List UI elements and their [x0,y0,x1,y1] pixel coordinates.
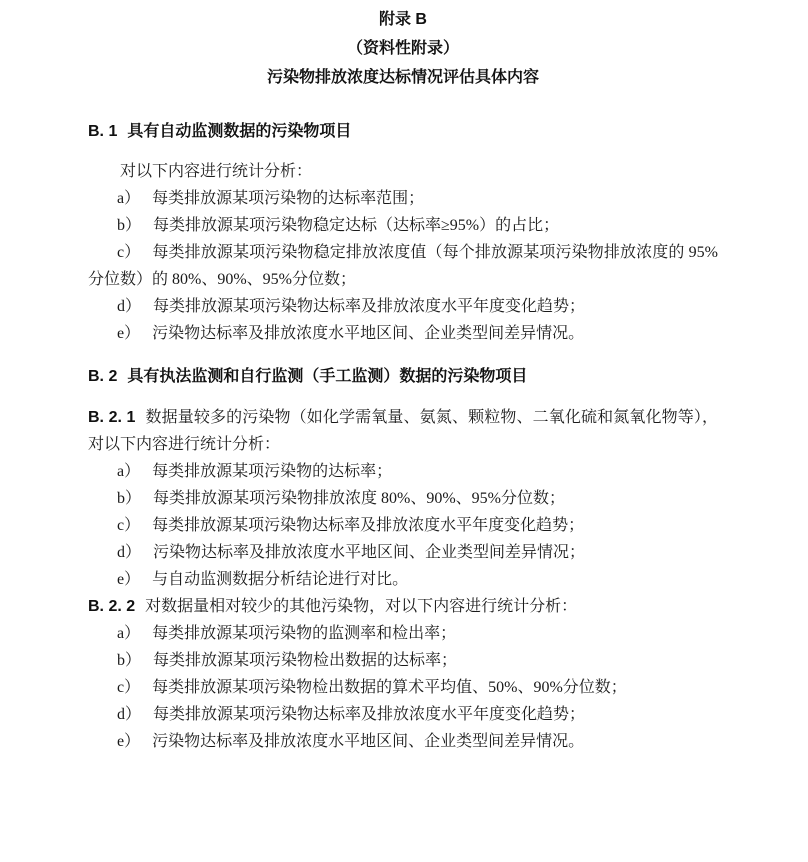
item-text: 每类排放源某项污染物达标率及排放浓度水平年度变化趋势； [153,298,585,315]
clause-b21-lead: B. 2. 1数据量较多的污染物（如化学需氧量、氨氮、颗粒物、二氧化硫和氮氧化物… [88,404,718,458]
item-text: 污染物达标率及排放浓度水平地区间、企业类型间差异情况。 [152,325,584,342]
item-label: a） [117,463,152,480]
item-text: 每类排放源某项污染物的达标率； [152,463,392,480]
section-b1-heading: B. 1具有自动监测数据的污染物项目 [88,118,718,145]
list-item-b22-c: c）每类排放源某项污染物检出数据的算术平均值、50%、90%分位数； [88,674,718,701]
item-label: c） [117,679,152,696]
list-item-b21-d: d）污染物达标率及排放浓度水平地区间、企业类型间差异情况； [88,539,718,566]
item-text: 每类排放源某项污染物检出数据的达标率； [153,652,457,669]
item-label: c） [117,517,152,534]
section-b1-intro: 对以下内容进行统计分析： [88,158,718,185]
item-label: e） [117,325,152,342]
item-label: a） [117,625,152,642]
item-text: 每类排放源某项污染物达标率及排放浓度水平年度变化趋势； [152,517,584,534]
item-text: 每类排放源某项污染物稳定达标（达标率≥95%）的占比； [153,217,559,234]
section-b2-title: 具有执法监测和自行监测（手工监测）数据的污染物项目 [127,368,527,385]
list-item-b21-c: c）每类排放源某项污染物达标率及排放浓度水平年度变化趋势； [88,512,718,539]
list-item-b22-b: b）每类排放源某项污染物检出数据的达标率； [88,647,718,674]
list-item-b21-a: a）每类排放源某项污染物的达标率； [88,458,718,485]
document-page: 附录 B （资料性附录） 污染物排放浓度达标情况评估具体内容 B. 1具有自动监… [0,0,808,862]
clause-b22-lead: B. 2. 2对数据量相对较少的其他污染物，对以下内容进行统计分析： [88,593,718,620]
list-item-b21-e: e）与自动监测数据分析结论进行对比。 [88,566,718,593]
item-text: 每类排放源某项污染物稳定排放浓度值（每个排放源某项污染物排放浓度的 95%分位数… [88,244,718,288]
clause-b22-number: B. 2. 2 [88,598,135,615]
section-b1-number: B. 1 [88,123,117,140]
item-text: 每类排放源某项污染物的达标率范围； [152,190,424,207]
item-text: 污染物达标率及排放浓度水平地区间、企业类型间差异情况； [153,544,585,561]
list-item-b1-d: d）每类排放源某项污染物达标率及排放浓度水平年度变化趋势； [88,293,718,320]
item-text: 污染物达标率及排放浓度水平地区间、企业类型间差异情况。 [152,733,584,750]
list-item-b22-e: e）污染物达标率及排放浓度水平地区间、企业类型间差异情况。 [88,728,718,755]
item-label: a） [117,190,152,207]
item-label: d） [117,544,153,561]
item-label: b） [117,217,153,234]
section-b2-heading: B. 2具有执法监测和自行监测（手工监测）数据的污染物项目 [88,363,718,390]
list-item-b22-a: a）每类排放源某项污染物的监测率和检出率； [88,620,718,647]
item-text: 与自动监测数据分析结论进行对比。 [152,571,408,588]
item-label: e） [117,733,152,750]
appendix-label: 附录 B [88,5,718,34]
item-text: 每类排放源某项污染物达标率及排放浓度水平年度变化趋势； [153,706,585,723]
list-item-b1-a: a）每类排放源某项污染物的达标率范围； [88,185,718,212]
clause-b22-text: 对数据量相对较少的其他污染物，对以下内容进行统计分析： [145,598,577,615]
item-label: c） [117,244,152,261]
list-item-b1-b: b）每类排放源某项污染物稳定达标（达标率≥95%）的占比； [88,212,718,239]
clause-b21-text: 数据量较多的污染物（如化学需氧量、氨氮、颗粒物、二氧化硫和氮氧化物等），对以下内… [88,409,718,453]
list-item-b1-c: c）每类排放源某项污染物稳定排放浓度值（每个排放源某项污染物排放浓度的 95%分… [88,239,718,293]
item-label: b） [117,490,153,507]
list-item-b22-d: d）每类排放源某项污染物达标率及排放浓度水平年度变化趋势； [88,701,718,728]
item-label: e） [117,571,152,588]
clause-b21-number: B. 2. 1 [88,409,135,426]
section-b2-number: B. 2 [88,368,117,385]
item-label: b） [117,652,153,669]
section-b1-title: 具有自动监测数据的污染物项目 [127,123,351,140]
item-label: d） [117,298,153,315]
list-item-b21-b: b）每类排放源某项污染物排放浓度 80%、90%、95%分位数； [88,485,718,512]
item-text: 每类排放源某项污染物排放浓度 80%、90%、95%分位数； [153,490,565,507]
item-text: 每类排放源某项污染物检出数据的算术平均值、50%、90%分位数； [152,679,627,696]
appendix-note: （资料性附录） [88,34,718,63]
item-text: 每类排放源某项污染物的监测率和检出率； [152,625,456,642]
list-item-b1-e: e）污染物达标率及排放浓度水平地区间、企业类型间差异情况。 [88,320,718,347]
item-label: d） [117,706,153,723]
appendix-title: 污染物排放浓度达标情况评估具体内容 [88,63,718,92]
